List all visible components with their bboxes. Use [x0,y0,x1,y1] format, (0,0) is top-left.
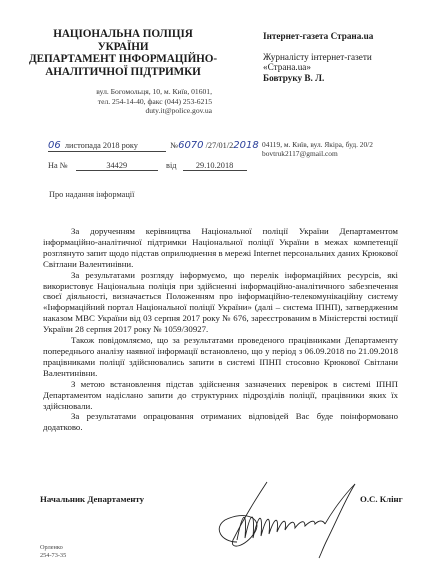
org-line: УКРАЇНИ [28,41,218,54]
recipient-role: «Страна.ua» [263,62,428,73]
org-line: ДЕПАРТАМЕНТ ІНФОРМАЦІЙНО- [28,53,218,66]
reference-line: На № 34429 від 29.10.2018 [48,161,247,171]
executor-phone: 254-73-35 [40,552,66,560]
reference-number: 34429 [76,161,158,171]
body-paragraph: За результатами опрацювання отриманих ві… [43,411,398,433]
executor-name: Орленко [40,544,66,552]
sender-address: вул. Богомольця, 10, м. Київ, 01601, тел… [36,87,212,116]
body-paragraph: З метою встановлення підстав здійснення … [43,379,398,412]
org-line: АНАЛІТИЧНОЇ ПІДТРИМКИ [28,66,218,79]
address-line: тел. 254-14-40, факс (044) 253-6215 [36,97,212,107]
signatory-name: О.С. Клінг [360,494,403,504]
outgoing-month-year: листопада 2018 року [65,141,138,150]
outgoing-number: 6070 [178,140,203,151]
recipient-role: Журналісту інтернет-газети [263,52,428,63]
outgoing-number-prefix: № [170,141,178,150]
address-line: вул. Богомольця, 10, м. Київ, 01601, [36,87,212,97]
letter-body: За дорученням керівництва Національної п… [43,226,398,433]
outgoing-number-tail: 2018 [233,140,258,151]
body-paragraph: За результатами розгляду інформуємо, що … [43,270,398,335]
body-paragraph: За дорученням керівництва Національної п… [43,226,398,270]
recipient-email: bovtruk2117@gmail.com [262,149,373,158]
recipient-paper: Інтернет-газета Страна.ua [263,31,428,42]
recipient-name: Бовтруку В. Л. [263,73,428,84]
recipient-address: 04119, м. Київ, вул. Якіра, буд. 20/2 [262,140,373,149]
outgoing-day: 06 [48,140,61,151]
sender-email: duty.it@police.gov.ua [36,106,212,116]
recipient-address-block: 04119, м. Київ, вул. Якіра, буд. 20/2 bo… [262,140,373,158]
outgoing-number-suffix: /27/01/2 [206,141,234,150]
reference-from-label: від [166,161,176,170]
letter-subject: Про надання інформації [49,190,134,199]
org-line: НАЦІОНАЛЬНА ПОЛІЦІЯ [28,28,218,41]
sender-organization: НАЦІОНАЛЬНА ПОЛІЦІЯ УКРАЇНИ ДЕПАРТАМЕНТ … [28,28,218,78]
reference-label: На № [48,161,68,170]
signatory-title: Начальник Департаменту [40,494,144,504]
handwritten-signature-icon [215,480,365,560]
body-paragraph: Також повідомляємо, що за результатами п… [43,335,398,379]
outgoing-date-line: 06 листопада 2018 року №6070 /27/01/2201… [48,140,259,152]
executor-info: Орленко 254-73-35 [40,544,66,559]
reference-date: 29.10.2018 [183,161,247,171]
recipient-block: Інтернет-газета Страна.ua Журналісту інт… [263,31,428,83]
